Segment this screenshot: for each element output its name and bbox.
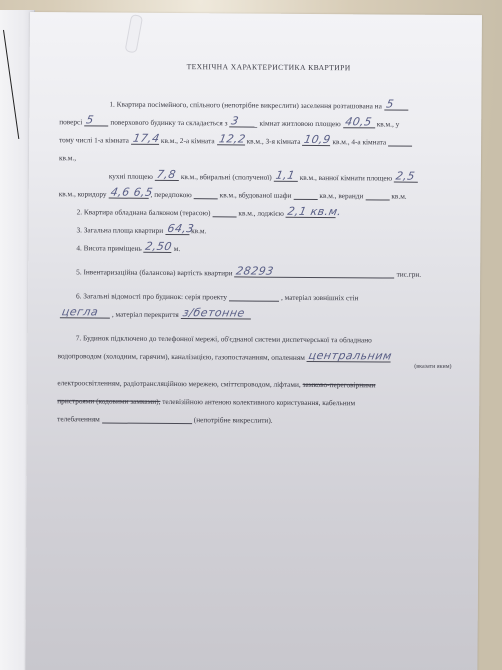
section-1-line-6: кв.м., коридору 4,6 6,5 , передпокою кв.… [59,180,477,201]
loggia-field: 2,1 кв.м. [286,205,336,217]
toilet-field: 1,1 [274,169,298,181]
room3-field: 10,9 [302,133,330,145]
living-area-value: 40,5 [344,116,373,127]
struck-text: пристроями (кодовими замками), [57,397,160,405]
static-text: 5. Інвентаризаційна (балансова) вартість… [76,269,232,277]
static-text: 4. Висота приміщень [76,245,141,253]
section-4-line: 4. Висота приміщень 2,50 м. [58,234,476,255]
static-text: кухні площею [109,173,153,181]
adjacent-page-border [3,30,19,139]
static-text: поверсі [59,119,82,126]
slabs-value: з/бетонне [182,307,246,318]
struck-text: замково-переговірними [303,381,376,389]
static-text: поверхового будинку та складається з [110,119,227,127]
room2-value: 12,2 [218,133,247,144]
document-sheet: ТЕХНІЧНА ХАРАКТЕРИСТИКА КВАРТИРИ 1. Квар… [25,12,482,670]
static-text: водопроводом (холодним, гарячим), каналі… [58,352,305,361]
loggia-value: 2,1 кв.м. [287,205,343,216]
living-area-field: 40,5 [343,116,375,128]
section-7-line-3: електроосвітленням, радіотрансляційною м… [57,369,475,390]
static-text: кв.м., веранди [319,192,363,200]
static-text: телебаченням [57,415,100,423]
bathroom-value: 2,5 [395,170,416,181]
static-text: , матеріал зовнішніх стін [281,294,358,302]
veranda-field [365,188,389,200]
floors-total-field: 5 [84,114,108,126]
static-text: (непотрібне викреслити). [194,416,273,424]
kitchen-field: 7,8 [155,168,179,180]
paperclip-mark [125,14,144,54]
static-text: кв.м., [59,155,76,162]
static-text: кв.м., у [377,121,400,128]
static-text: кв.м., 4-а кімната [332,138,386,146]
room3-value: 10,9 [303,134,332,145]
static-text: тис.грн. [397,271,422,278]
height-value: 2,50 [145,240,174,251]
section-7-line-4: пристроями (кодовими замками), телевізій… [57,387,475,408]
room1-value: 17,4 [132,132,161,143]
heating-field: центральним [307,350,391,363]
walls-value: цегла [61,306,99,317]
hallway-field [194,187,218,199]
section-1-line-1: 1. Квартира посімейного, спільного (непо… [59,90,477,111]
rooms-value: 3 [231,115,241,126]
static-text: м. [174,245,181,252]
document-content: ТЕХНІЧНА ХАРАКТЕРИСТИКА КВАРТИРИ 1. Квар… [57,62,478,426]
walls-field: цегла [60,306,110,318]
section-7-line-5: телебаченням (непотрібне викреслити). [57,405,475,426]
static-text: електроосвітленням, радіотрансляційною м… [57,379,300,388]
static-text: кімнат житловою площею [259,120,340,128]
section-3-line: 3. Загальна площа квартири 64,3 кв.м. [58,216,476,237]
room2-field: 12,2 [217,133,245,145]
heating-value: центральним [308,350,393,362]
static-text: кв.м., 2-а кімната [161,137,215,145]
value-value: 28293 [236,265,276,276]
section-7-line-2: водопроводом (холодним, гарячим), каналі… [58,342,476,363]
rooms-field: 3 [229,115,257,127]
section-5-line: 5. Інвентаризаційна (балансова) вартість… [58,258,476,279]
document-title: ТЕХНІЧНА ХАРАКТЕРИСТИКА КВАРТИРИ [60,62,478,73]
floor-value: 5 [385,98,395,109]
corridor-value: 4,6 6,5 [110,186,154,197]
series-field [229,289,279,301]
static-text: кв.м., вбиральні (сполученої) [181,173,272,181]
static-text: кв.м. [391,193,406,200]
corridor-field: 4,6 6,5 [109,186,149,198]
static-text: 1. Квартира посімейного, спільного (непо… [109,101,382,110]
total-area-value: 64,3 [166,223,195,234]
static-text: кв.м., коридору [59,191,107,199]
section-1-line-2: поверсі 5 поверхового будинку та складає… [59,108,477,129]
bathroom-field: 2,5 [394,170,418,182]
section-1-line-3: тому числі 1-а кімната 17,4 кв.м., 2-а к… [59,126,477,147]
section-6-line-1: 6. Загальні відомості про будинок: серія… [58,282,476,303]
value-field: 28293 [235,265,395,278]
static-text: , передпокою [151,191,192,199]
static-text: телевізійною антеною колективного корист… [162,398,355,407]
section-2-line: 2. Квартира обладнана балконом (терасою)… [59,198,477,219]
slabs-field: з/бетонне [181,307,251,319]
kitchen-value: 7,8 [156,168,177,179]
static-text: 6. Загальні відомості про будинок: серія… [76,293,227,301]
static-text: кв.м., лоджією [238,210,283,218]
total-area-field: 64,3 [165,223,189,235]
static-text: , матеріал перекриття [112,311,179,319]
static-text: кв.м., ванної кімнати площею [300,174,392,182]
room1-field: 17,4 [131,132,159,144]
static-text: тому числі 1-а кімната [59,137,129,145]
toilet-value: 1,1 [275,169,296,180]
static-text: кв.м., 3-я кімната [247,138,301,146]
static-text: 7. Будинок підключено до телефонної мере… [76,335,372,344]
static-text: 3. Загальна площа квартири [76,227,163,235]
room4-field [388,134,412,146]
static-text: 2. Квартира обладнана балконом (терасою) [77,209,211,217]
floor-field: 5 [384,98,408,110]
cable-field [102,411,192,424]
balcony-field [212,205,236,217]
section-1-line-5: кухні площею 7,8 кв.м., вбиральні (сполу… [59,162,477,183]
section-7-line-1: 7. Будинок підключено до телефонної мере… [58,324,476,345]
static-text: кв.м., вбудованої шафи [220,192,292,200]
closet-field [293,187,317,199]
section-6-line-2: цегла , матеріал перекриття з/бетонне [58,300,476,321]
floors-total-value: 5 [85,114,95,125]
height-field: 2,50 [144,240,172,252]
